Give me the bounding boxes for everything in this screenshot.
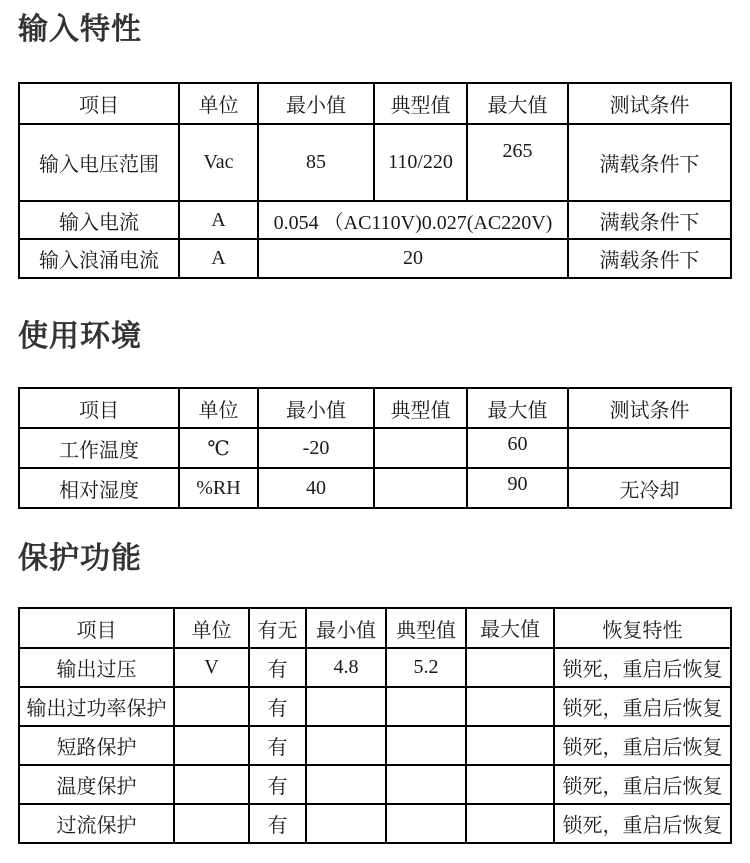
table-cell [466,687,554,726]
table-cell [306,765,386,804]
column-header: 恢复特性 [554,608,731,648]
table-cell: 满载条件下 [568,201,731,239]
column-header: 最大值 [467,388,568,428]
table-cell: V [174,648,249,687]
section-operating-environment: 使用环境 项目 单位 最小值 典型值 最大值 测试条件 工作温度 ℃ -20 6… [0,319,750,509]
column-header: 最小值 [258,388,374,428]
table-cell: 40 [258,468,374,508]
table-cell [374,428,467,468]
table-cell: 工作温度 [19,428,179,468]
table-cell: 锁死，重启后恢复 [554,687,731,726]
table-cell [306,726,386,765]
table-cell [466,804,554,843]
table-cell: 4.8 [306,648,386,687]
table-cell [374,468,467,508]
table-cell [466,765,554,804]
table-cell: 满载条件下 [568,239,731,278]
table-row: 输入电压范围 Vac 85 110/220 265 满载条件下 [19,124,731,201]
section-title-protection: 保护功能 [18,541,750,577]
table-cell: 无冷却 [568,468,731,508]
header-row: 项目 单位 最小值 典型值 最大值 测试条件 [19,83,731,124]
table-cell [174,687,249,726]
table-row: 工作温度 ℃ -20 60 [19,428,731,468]
table-cell [386,804,466,843]
table-cell: 有 [249,765,306,804]
table-cell [386,765,466,804]
table-cell: 温度保护 [19,765,174,804]
header-row: 项目 单位 最小值 典型值 最大值 测试条件 [19,388,731,428]
table-row: 输入浪涌电流 A 20 满载条件下 [19,239,731,278]
table-row: 相对湿度 %RH 40 90 无冷却 [19,468,731,508]
table-cell: 输入浪涌电流 [19,239,179,278]
table-cell: 满载条件下 [568,124,731,201]
table-cell: 锁死，重启后恢复 [554,765,731,804]
table-cell: 输出过压 [19,648,174,687]
column-header: 测试条件 [568,83,731,124]
table-cell: 短路保护 [19,726,174,765]
table-cell: 60 [467,428,568,468]
table-cell: 5.2 [386,648,466,687]
header-row: 项目 单位 有无 最小值 典型值 最大值 恢复特性 [19,608,731,648]
table-cell: 110/220 [374,124,467,201]
protection-functions-table: 项目 单位 有无 最小值 典型值 最大值 恢复特性 输出过压 V 有 4.8 5… [18,607,732,844]
column-header: 测试条件 [568,388,731,428]
table-cell: %RH [179,468,258,508]
input-characteristics-table: 项目 单位 最小值 典型值 最大值 测试条件 输入电压范围 Vac 85 110… [18,82,732,279]
table-cell [174,765,249,804]
table-cell [306,804,386,843]
table-cell: 20 [258,239,568,278]
column-header: 单位 [179,83,258,124]
table-cell: -20 [258,428,374,468]
table-cell [174,726,249,765]
table-cell [306,687,386,726]
column-header: 最大值 [466,608,554,648]
table-cell: Vac [179,124,258,201]
section-title-input: 输入特性 [18,0,750,48]
table-cell: 0.054 （AC110V)0.027(AC220V) [258,201,568,239]
section-input-characteristics: 输入特性 项目 单位 最小值 典型值 最大值 测试条件 输入电压范围 Vac 8… [0,0,750,279]
column-header: 最大值 [467,83,568,124]
table-cell: 输出过功率保护 [19,687,174,726]
table-cell: 过流保护 [19,804,174,843]
table-cell [466,726,554,765]
table-row: 短路保护 有 锁死，重启后恢复 [19,726,731,765]
table-cell [174,804,249,843]
table-cell: 有 [249,687,306,726]
table-cell: 相对湿度 [19,468,179,508]
table-cell: A [179,239,258,278]
table-cell [386,687,466,726]
column-header: 典型值 [386,608,466,648]
table-cell [386,726,466,765]
table-cell: 90 [467,468,568,508]
section-title-environment: 使用环境 [18,319,750,355]
table-cell: 输入电压范围 [19,124,179,201]
column-header: 项目 [19,388,179,428]
table-cell: A [179,201,258,239]
column-header: 最小值 [306,608,386,648]
column-header: 单位 [179,388,258,428]
table-cell: 有 [249,648,306,687]
table-row: 温度保护 有 锁死，重启后恢复 [19,765,731,804]
column-header: 项目 [19,608,174,648]
table-cell: 输入电流 [19,201,179,239]
table-cell: 265 [467,124,568,201]
table-cell: 有 [249,804,306,843]
table-row: 输入电流 A 0.054 （AC110V)0.027(AC220V) 满载条件下 [19,201,731,239]
column-header: 典型值 [374,388,467,428]
table-cell [466,648,554,687]
column-header: 项目 [19,83,179,124]
spec-document: { "colors": { "background": "#ffffff", "… [0,0,750,863]
table-cell: 锁死，重启后恢复 [554,726,731,765]
column-header: 有无 [249,608,306,648]
table-cell: ℃ [179,428,258,468]
column-header: 典型值 [374,83,467,124]
table-row: 输出过功率保护 有 锁死，重启后恢复 [19,687,731,726]
section-protection-functions: 保护功能 项目 单位 有无 最小值 典型值 最大值 恢复特性 输出过压 V 有 … [0,541,750,844]
table-cell: 锁死，重启后恢复 [554,804,731,843]
table-row: 输出过压 V 有 4.8 5.2 锁死，重启后恢复 [19,648,731,687]
table-cell: 有 [249,726,306,765]
column-header: 单位 [174,608,249,648]
table-cell [568,428,731,468]
table-cell: 85 [258,124,374,201]
column-header: 最小值 [258,83,374,124]
operating-environment-table: 项目 单位 最小值 典型值 最大值 测试条件 工作温度 ℃ -20 60 相对湿… [18,387,732,509]
table-row: 过流保护 有 锁死，重启后恢复 [19,804,731,843]
table-cell: 锁死，重启后恢复 [554,648,731,687]
